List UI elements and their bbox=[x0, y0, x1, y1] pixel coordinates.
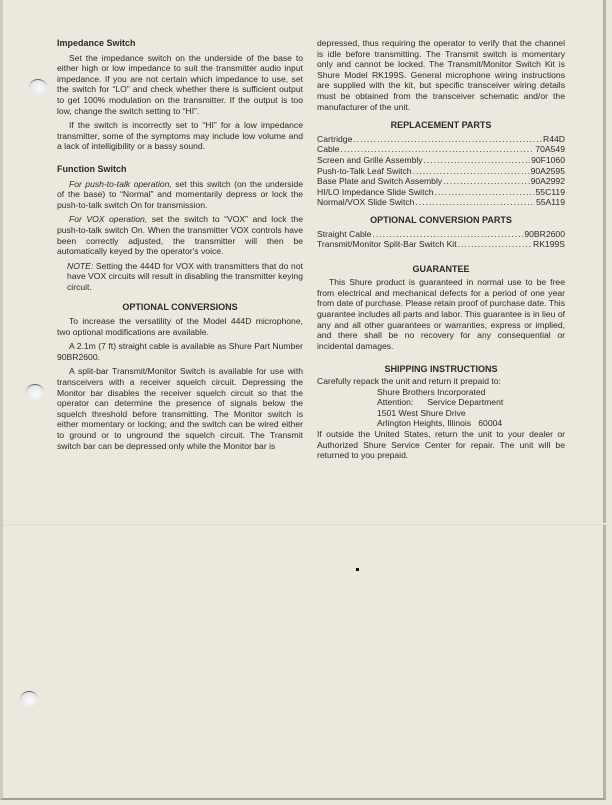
part-row: Cable70A549 bbox=[317, 144, 565, 155]
impedance-switch-heading: Impedance Switch bbox=[57, 38, 303, 49]
conversions-paragraph-3: A split-bar Transmit/Monitor Switch is a… bbox=[57, 366, 303, 451]
part-name: Straight Cable bbox=[317, 229, 371, 240]
part-number: 90A2595 bbox=[531, 166, 565, 177]
page-fold-crease bbox=[3, 523, 609, 525]
address-attention: Attention:Service Department bbox=[377, 397, 565, 408]
replacement-parts-heading: REPLACEMENT PARTS bbox=[317, 120, 565, 131]
left-column: Impedance Switch Set the impedance switc… bbox=[57, 38, 303, 455]
part-row: HI/LO Impedance Slide Switch55C119 bbox=[317, 187, 565, 198]
document-page: Impedance Switch Set the impedance switc… bbox=[0, 0, 606, 800]
dot-leader bbox=[372, 229, 523, 240]
shipping-section: SHIPPING INSTRUCTIONS Carefully repack t… bbox=[317, 364, 565, 460]
optional-conversions-section: OPTIONAL CONVERSIONS To increase the ver… bbox=[57, 302, 303, 451]
part-number: 90F1060 bbox=[531, 155, 565, 166]
part-number: RK199S bbox=[533, 239, 565, 250]
replacement-parts-list: CartridgeR44DCable70A549Screen and Grill… bbox=[317, 134, 565, 208]
function-switch-section: Function Switch For push-to-talk operati… bbox=[57, 164, 303, 293]
guarantee-section: GUARANTEE This Shure product is guarante… bbox=[317, 264, 565, 352]
part-number: 55C119 bbox=[536, 187, 565, 198]
continuation-paragraph: depressed, thus requiring the operator t… bbox=[317, 38, 565, 112]
part-number: 90BR2600 bbox=[524, 229, 565, 240]
dot-leader bbox=[415, 197, 535, 208]
impedance-paragraph-1: Set the impedance switch on the undersid… bbox=[57, 53, 303, 117]
note-paragraph: NOTE: Setting the 444D for VOX with tran… bbox=[57, 261, 303, 293]
vox-paragraph: For VOX operation, set the switch to “VO… bbox=[57, 214, 303, 256]
dot-leader bbox=[353, 134, 542, 145]
right-column: depressed, thus requiring the operator t… bbox=[317, 38, 565, 465]
part-row: CartridgeR44D bbox=[317, 134, 565, 145]
dot-leader bbox=[424, 155, 531, 166]
ptt-paragraph: For push-to-talk operation, set this swi… bbox=[57, 179, 303, 211]
conversions-paragraph-2: A 2.1m (7 ft) straight cable is availabl… bbox=[57, 341, 303, 362]
conversions-paragraph-1: To increase the versatility of the Model… bbox=[57, 316, 303, 337]
part-row: Transmit/Monitor Split-Bar Switch KitRK1… bbox=[317, 239, 565, 250]
dot-leader bbox=[443, 176, 529, 187]
part-name: Base Plate and Switch Assembly bbox=[317, 176, 442, 187]
part-row: Base Plate and Switch Assembly90A2992 bbox=[317, 176, 565, 187]
ink-speck bbox=[356, 568, 359, 571]
part-name: Cable bbox=[317, 144, 339, 155]
impedance-paragraph-2: If the switch is incorrectly set to “HI”… bbox=[57, 120, 303, 152]
binder-hole-bottom bbox=[20, 691, 38, 707]
guarantee-heading: GUARANTEE bbox=[317, 264, 565, 275]
address-city: Arlington Heights, Illinois 60004 bbox=[377, 418, 565, 429]
dot-leader bbox=[435, 187, 535, 198]
dot-leader bbox=[458, 239, 532, 250]
optional-conversion-parts-list: Straight Cable90BR2600Transmit/Monitor S… bbox=[317, 229, 565, 250]
function-switch-heading: Function Switch bbox=[57, 164, 303, 175]
part-row: Push-to-Talk Leaf Switch90A2595 bbox=[317, 166, 565, 177]
attention-label: Attention: bbox=[377, 397, 413, 407]
ptt-lead: For push-to-talk operation, bbox=[69, 179, 172, 189]
part-name: Cartridge bbox=[317, 134, 352, 145]
binder-hole-middle bbox=[26, 384, 44, 400]
shipping-heading: SHIPPING INSTRUCTIONS bbox=[317, 364, 565, 375]
optional-conversion-parts-heading: OPTIONAL CONVERSION PARTS bbox=[317, 215, 565, 226]
note-text: Setting the 444D for VOX with transmitte… bbox=[67, 261, 303, 292]
binder-hole-top bbox=[29, 79, 47, 95]
dot-leader bbox=[413, 166, 530, 177]
shipping-outro: If outside the United States, return the… bbox=[317, 429, 565, 461]
part-number: R44D bbox=[543, 134, 565, 145]
impedance-switch-section: Impedance Switch Set the impedance switc… bbox=[57, 38, 303, 152]
part-number: 90A2992 bbox=[531, 176, 565, 187]
part-number: 55A119 bbox=[536, 197, 565, 208]
note-lead: NOTE: bbox=[67, 261, 93, 271]
part-number: 70A549 bbox=[535, 144, 565, 155]
attention-department: Service Department bbox=[427, 397, 503, 407]
optional-conversion-parts-section: OPTIONAL CONVERSION PARTS Straight Cable… bbox=[317, 215, 565, 250]
part-row: Screen and Grille Assembly90F1060 bbox=[317, 155, 565, 166]
replacement-parts-section: REPLACEMENT PARTS CartridgeR44DCable70A5… bbox=[317, 120, 565, 208]
part-name: Screen and Grille Assembly bbox=[317, 155, 423, 166]
part-name: HI/LO Impedance Slide Switch bbox=[317, 187, 434, 198]
guarantee-text: This Shure product is guaranteed in norm… bbox=[317, 277, 565, 351]
address-company: Shure Brothers Incorporated bbox=[377, 387, 565, 398]
shipping-address: Shure Brothers Incorporated Attention:Se… bbox=[377, 387, 565, 429]
optional-conversions-heading: OPTIONAL CONVERSIONS bbox=[57, 302, 303, 313]
part-row: Normal/VOX Slide Switch55A119 bbox=[317, 197, 565, 208]
part-name: Transmit/Monitor Split-Bar Switch Kit bbox=[317, 239, 457, 250]
shipping-intro: Carefully repack the unit and return it … bbox=[317, 376, 565, 387]
address-street: 1501 West Shure Drive bbox=[377, 408, 565, 419]
part-name: Push-to-Talk Leaf Switch bbox=[317, 166, 412, 177]
vox-lead: For VOX operation, bbox=[69, 214, 147, 224]
part-row: Straight Cable90BR2600 bbox=[317, 229, 565, 240]
part-name: Normal/VOX Slide Switch bbox=[317, 197, 414, 208]
dot-leader bbox=[340, 144, 534, 155]
